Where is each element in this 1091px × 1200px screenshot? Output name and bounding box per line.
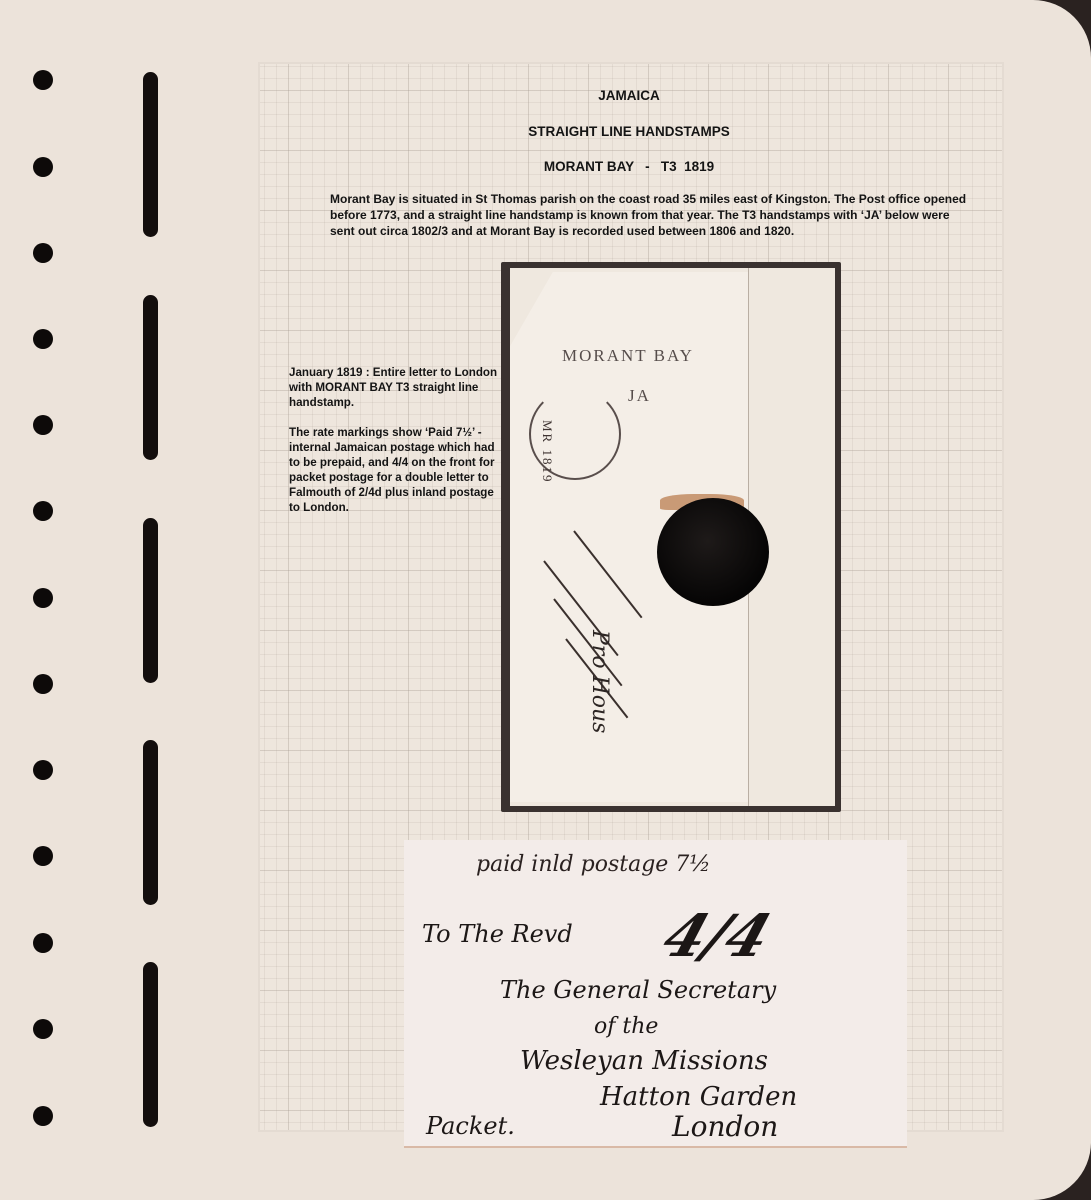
binder-slot [143,295,158,460]
wax-seal [657,498,769,606]
entire-letter-front: paid inld postage 7½ To The Revd 4/4 The… [404,840,907,1148]
album-page: JAMAICA STRAIGHT LINE HANDSTAMPS MORANT … [0,0,1091,1200]
binder-slot [143,72,158,237]
manuscript-vertical: Pro Hous [587,630,612,733]
punch-hole [33,1019,53,1039]
caption-paragraph-2: The rate markings show ‘Paid 7½’ - inter… [289,425,499,515]
punch-hole [33,157,53,177]
address-secretary-line: The General Secretary [500,976,776,1004]
punch-hole [33,1106,53,1126]
packet-note: Packet. [426,1112,515,1140]
punch-hole [33,243,53,263]
page-title: JAMAICA [258,88,1000,103]
address-of-the-line: of the [594,1014,658,1039]
binder-slot [143,740,158,905]
section-title: MORANT BAY - T3 1819 [258,159,1000,174]
punch-hole [33,501,53,521]
binder-slot [143,518,158,683]
caption-paragraph-1: January 1819 : Entire letter to London w… [289,365,499,410]
punch-hole [33,674,53,694]
rate-mark-4-4: 4/4 [655,902,779,970]
punch-hole [33,588,53,608]
address-hatton-line: Hatton Garden [600,1082,797,1112]
morant-bay-handstamp: MORANT BAY [562,346,694,366]
punch-hole [33,760,53,780]
page-subtitle: STRAIGHT LINE HANDSTAMPS [258,124,1000,139]
intro-paragraph: Morant Bay is situated in St Thomas pari… [330,191,970,239]
datestamp-text: MR 1819 [539,420,555,483]
punch-hole [33,846,53,866]
binder-slot [143,962,158,1127]
address-wesleyan-line: Wesleyan Missions [520,1046,768,1076]
ja-handstamp: JA [628,386,651,406]
punch-hole [33,329,53,349]
exhibit-caption: January 1819 : Entire letter to London w… [289,365,499,530]
punch-hole [33,70,53,90]
paid-inland-postage-note: paid inld postage 7½ [476,852,711,877]
address-london-line: London [672,1110,778,1143]
punch-hole [33,933,53,953]
punch-hole [33,415,53,435]
address-to-line: To The Revd [422,920,573,948]
